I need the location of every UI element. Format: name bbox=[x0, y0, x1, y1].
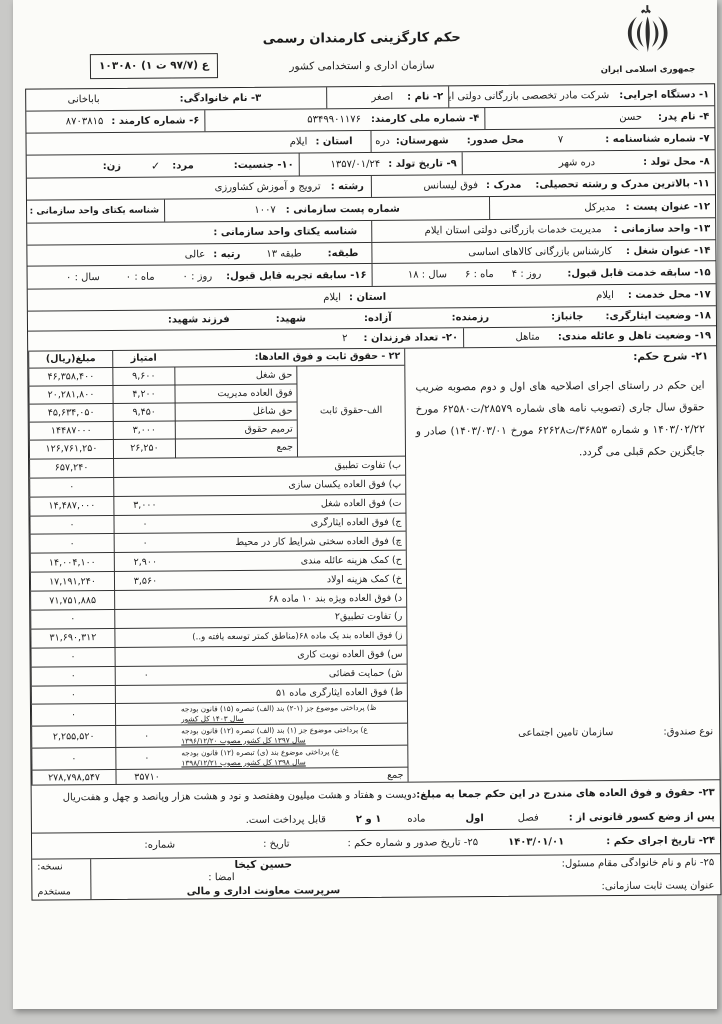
fee-amount: ۰ bbox=[30, 610, 114, 629]
male-checkmark-icon: ✓ bbox=[151, 159, 160, 172]
scanned-paper: جمهوری اسلامی ایران حکم کارگزینی کارمندا… bbox=[13, 0, 717, 1009]
fee-points bbox=[114, 628, 176, 646]
fee-points bbox=[115, 647, 177, 665]
org-unit-label: ۱۳- واحد سازمانی : bbox=[614, 223, 711, 235]
fee-label: ز) فوق العاده بند یک ماده ۶۸(مناطق کمتر … bbox=[176, 627, 406, 647]
first-name-value: اصغر bbox=[371, 92, 393, 103]
fee-amount: ۱۷,۱۹۱,۲۴۰ bbox=[30, 572, 114, 591]
fee-points: ۰ bbox=[115, 666, 177, 684]
birth-cert-no-label: ۷- شماره شناسنامه : bbox=[605, 133, 709, 145]
fee-points bbox=[115, 704, 177, 725]
employee-no-value: ۸۷۰۳۸۱۵ bbox=[66, 116, 104, 127]
fund-type-label: نوع صندوق: bbox=[663, 726, 713, 737]
birth-date-value: ۱۳۵۷/۰۱/۲۴ bbox=[330, 158, 380, 169]
birth-date-label: ۹- تاریخ تولد : bbox=[388, 158, 457, 170]
last-name-label: ۳- نام خانوادگی: bbox=[180, 93, 262, 105]
shahid-label: شهید: bbox=[276, 313, 306, 324]
row-total-amount: ۲۳- حقوق و فوق العاده های مندرج در این ح… bbox=[32, 780, 720, 833]
fund-type-value: سازمان تامین اجتماعی bbox=[518, 727, 613, 739]
janbaz-label: جانباز: bbox=[551, 311, 583, 322]
fee-points: ۰ bbox=[114, 534, 176, 552]
fee-amount: ۲۰,۲۸۱,۸۰۰ bbox=[28, 386, 112, 404]
article-label: ماده bbox=[407, 813, 425, 824]
veteran-status-label: ۱۸- وضعیت ایثارگری: bbox=[605, 310, 711, 322]
points-column-header: امتیاز bbox=[112, 350, 174, 366]
execution-date-label: ۲۴- تاریخ اجرای حکم : bbox=[606, 835, 715, 847]
fee-points: ۰ bbox=[113, 515, 175, 533]
major-label: رشته : bbox=[331, 181, 366, 192]
fee-points: ۰ bbox=[115, 726, 177, 747]
gender-female-label: زن: bbox=[103, 160, 121, 171]
rank-label: رتبه : bbox=[213, 248, 240, 259]
job-title-value: کارشناس بازرگانی کالاهای اساسی bbox=[468, 246, 612, 258]
fee-label: ح) کمک هزینه عائله مندی bbox=[176, 551, 406, 571]
agency-label: ۱- دستگاه اجرایی: bbox=[619, 89, 709, 101]
fee-label: خ) کمک هزینه اولاد bbox=[176, 570, 406, 590]
fee-label-line2: سال ۱۳۹۸ کل کشور مصوب ۱۳۹۸/۱۲/۲۱ bbox=[181, 757, 305, 767]
fee-points: ۲,۹۰۰ bbox=[114, 553, 176, 571]
fee-label-line2: سال ۱۳۹۷ کل کشور مصوب ۱۳۹۶/۱۲/۲۰ bbox=[181, 735, 305, 745]
service-history-label: ۱۵- سابقه خدمت قابل قبول: bbox=[567, 267, 710, 279]
fee-label: ترمیم حقوق bbox=[175, 420, 297, 438]
official-name-label: ۲۵- نام و نام خانوادگی مقام مسئول: bbox=[441, 857, 714, 870]
fee-amount: ۱۴,۰۰۴,۱۰۰ bbox=[30, 553, 114, 572]
fee-amount: ۰ bbox=[31, 686, 115, 705]
decree-description-label: ۲۱- شرح حکم: bbox=[405, 346, 716, 364]
fee-points: ۹,۴۵۰ bbox=[113, 403, 175, 420]
fee-row: ترمیم حقوق۳,۰۰۰۱۴۴۸۷۰۰۰ bbox=[29, 420, 297, 440]
fee-amount: ۰ bbox=[31, 704, 115, 726]
issue-province-label: استان : bbox=[315, 136, 352, 147]
fee-label-line2: سال ۱۴۰۳ کل کشور bbox=[181, 714, 244, 724]
fee-points: ۳,۰۰۰ bbox=[113, 496, 175, 514]
official-post-value: سرپرست معاونت اداری و مالی bbox=[91, 884, 435, 898]
fee-points: ۳,۵۶۰ bbox=[114, 572, 176, 590]
fee-amount: ۲,۲۵۵,۵۲۰ bbox=[31, 726, 115, 748]
service-months: ماه : ۶ bbox=[465, 268, 494, 279]
fee-total-row: جمع۳۵۷۱۰۲۷۸,۷۹۸,۵۴۷ bbox=[31, 768, 407, 785]
agency-value: شرکت مادر تخصصی بازرگانی دولتی ایران bbox=[448, 90, 609, 102]
job-title-label: ۱۴- عنوان شغل : bbox=[626, 245, 710, 257]
post-no-title: شماره پست سازمانی : bbox=[286, 203, 400, 215]
father-name-value: حسن bbox=[619, 112, 642, 123]
decree-text-panel: ۲۱- شرح حکم: این حکم در راستای اجرای اصل… bbox=[404, 346, 719, 781]
fee-points bbox=[114, 591, 176, 609]
issue-province-value: ایلام bbox=[290, 136, 308, 147]
fee-label: ظ) پرداختی موضوع جز (۱-۲) بند (الف) تبصر… bbox=[181, 703, 377, 714]
razmandeh-label: رزمنده: bbox=[452, 312, 490, 323]
post-title-label: ۱۲- عنوان پست : bbox=[626, 201, 711, 213]
fee-label: ج) فوق العاده ایثارگری bbox=[175, 513, 405, 533]
article-value: ۱ و ۲ bbox=[356, 813, 381, 824]
fee-row-small: ظ) پرداختی موضوع جز (۱-۲) بند (الف) تبصر… bbox=[31, 702, 407, 727]
fee-points bbox=[114, 610, 176, 628]
pension-fund-row: نوع صندوق: سازمان تامین اجتماعی bbox=[414, 726, 713, 739]
fee-row-subtotal: جمع۲۶,۲۵۰۱۲۶,۷۶۱,۲۵۰ bbox=[29, 438, 297, 458]
fee-label: د) فوق العاده ویژه بند ۱۰ ماده ۶۸ bbox=[176, 589, 406, 609]
group-label-cell: الف-حقوق ثابت bbox=[296, 366, 405, 457]
children-count-value: ۲ bbox=[342, 333, 347, 344]
birth-place-label: ۸- محل تولد : bbox=[643, 156, 710, 168]
fee-row: فوق العاده مدیریت۴,۲۰۰۲۰,۲۸۱,۸۰۰ bbox=[28, 384, 296, 404]
chapter-value: اول bbox=[465, 813, 483, 824]
degree-value: فوق لیسانس bbox=[423, 180, 478, 191]
issue-date-no-label: ۲۵- تاریخ صدور و شماره حکم : bbox=[347, 837, 478, 849]
fee-amount: ۴۶,۳۵۸,۴۰۰ bbox=[28, 368, 112, 386]
fee-total-amount: ۲۷۸,۷۹۸,۵۴۷ bbox=[31, 770, 115, 785]
row-signature: ۲۵- نام و نام خانوادگی مقام مسئول: عنوان… bbox=[32, 854, 720, 899]
official-post-label: عنوان پست ثابت سازمانی: bbox=[441, 880, 714, 893]
last-name-value: باباخانی bbox=[68, 94, 100, 105]
total-amount-label: ۲۳- حقوق و فوق العاده های مندرج در این ح… bbox=[416, 787, 715, 800]
payable-note: قابل پرداخت است. bbox=[246, 814, 326, 826]
fee-amount: ۱۴۴۸۷۰۰۰ bbox=[29, 422, 113, 440]
service-location-label: ۱۷- محل خدمت : bbox=[628, 289, 711, 301]
fee-amount: ۷۱,۷۵۱,۸۸۵ bbox=[30, 591, 114, 610]
unit-id-label-2: شناسه یکتای واحد سازمانی : bbox=[213, 226, 357, 238]
fee-amount: ۱۴,۴۸۷,۰۰۰ bbox=[29, 497, 113, 516]
fee-points: ۲۶,۲۵۰ bbox=[113, 439, 175, 457]
salary-table: ۲۲ - حقوق ثابت و فوق العادها: امتیاز مبل… bbox=[28, 349, 407, 785]
fee-amount: ۰ bbox=[29, 478, 113, 497]
decree-description-text: این حکم در راستای اجرای اصلاحیه های اول … bbox=[415, 374, 705, 464]
fee-label: حق شغل bbox=[174, 366, 296, 384]
fee-label: ر) تفاوت تطبیق۲ bbox=[176, 608, 406, 628]
fee-label: چ) فوق العاده سختی شرایط کار در محیط bbox=[176, 532, 406, 552]
fee-points: ۰ bbox=[115, 748, 177, 769]
class-value: طبقه ۱۳ bbox=[266, 248, 301, 259]
unit-id-label: شناسه یکتای واحد سازمانی : bbox=[30, 206, 160, 217]
personnel-decree-form: ۱- دستگاه اجرایی:شرکت مادر تخصصی بازرگان… bbox=[25, 83, 721, 900]
fee-points: ۹,۶۰۰ bbox=[112, 367, 174, 384]
post-no-label: ۱۰۰۷ bbox=[254, 204, 276, 215]
amount-column-header: مبلغ(ریال) bbox=[28, 351, 112, 368]
fee-row: حق شغل۹,۶۰۰۴۶,۳۵۸,۴۰۰ bbox=[28, 366, 296, 386]
middle-section: ۲۱- شرح حکم: این حکم در راستای اجرای اصل… bbox=[28, 346, 719, 785]
service-province-value: ایلام bbox=[323, 292, 341, 303]
execution-date-value: ۱۴۰۳/۰۱/۰۱ bbox=[508, 836, 564, 847]
children-count-label: ۲۰- تعداد فرزندان : bbox=[363, 332, 458, 344]
signature-label: امضا : bbox=[208, 872, 234, 883]
fee-amount: ۱۲۶,۷۶۱,۲۵۰ bbox=[29, 440, 113, 459]
fee-label: جمع bbox=[175, 438, 297, 457]
fee-label: ب) تفاوت تطبیق bbox=[175, 457, 405, 477]
experience-label: ۱۶- سابقه تجربه قابل قبول: bbox=[226, 269, 367, 281]
fee-row: حق شاغل۹,۴۵۰۴۵,۶۳۴,۰۵۰ bbox=[29, 402, 297, 422]
fee-label: حق شاغل bbox=[175, 402, 297, 420]
salary-header-label: ۲۲ - حقوق ثابت و فوق العادها: bbox=[174, 349, 404, 367]
service-years: سال : ۱۸ bbox=[408, 269, 447, 280]
marital-status-label: ۱۹- وضعیت تاهل و عائله مندی: bbox=[558, 330, 711, 342]
fee-amount: ۰ bbox=[31, 667, 115, 686]
gender-label: ۱۰- جنسیت: bbox=[234, 159, 294, 170]
education-label: ۱۱- بالاترین مدرک و رشته تحصیلی: bbox=[535, 178, 710, 190]
azadeh-label: آزاده: bbox=[364, 313, 392, 324]
fixed-salary-group: الف-حقوق ثابت حق شغل۹,۶۰۰۴۶,۳۵۸,۴۰۰ فوق … bbox=[28, 366, 405, 460]
experience-months: ماه : ۰ bbox=[126, 271, 155, 282]
copy-label: نسخه: bbox=[37, 861, 63, 872]
total-amount-words: دویست و هفتاد و هشت میلیون وهفتصد و نود … bbox=[81, 789, 417, 803]
issue-county-label: شهرستان: bbox=[396, 135, 449, 146]
father-name-label: ۴- نام پدر: bbox=[658, 111, 709, 122]
birth-place-value: دره شهر bbox=[559, 157, 595, 168]
fee-label: ش) حمایت قضائی bbox=[177, 664, 407, 684]
national-id-label: ۴- شماره ملی کارمند: bbox=[371, 113, 480, 125]
employee-no-label: ۶- شماره کارمند : bbox=[111, 115, 199, 127]
rank-value: عالی bbox=[185, 249, 205, 260]
fee-amount: ۶۵۷,۲۴۰ bbox=[29, 459, 113, 478]
fee-amount: ۰ bbox=[30, 534, 114, 553]
chapter-label: فصل bbox=[518, 812, 539, 823]
issue-no-label: شماره: bbox=[144, 840, 175, 851]
experience-years: سال : ۰ bbox=[66, 272, 100, 283]
fee-label: پ) فوق العاده یکسان سازی bbox=[175, 475, 405, 495]
fee-amount: ۴۵,۶۳۴,۰۵۰ bbox=[29, 404, 113, 422]
fee-row-small: ع) پرداختی موضوع جز (۱) بند (الف) تبصره … bbox=[31, 724, 407, 749]
fee-label: س) فوق العاده نوبت کاری bbox=[177, 645, 407, 665]
fee-points bbox=[113, 477, 175, 495]
fee-amount: ۰ bbox=[29, 516, 113, 535]
national-id-value: ۵۳۴۹۹۰۱۱۷۶ bbox=[307, 114, 361, 125]
marital-status-value: متاهل bbox=[515, 332, 539, 343]
form-code-box: ع (۹۷/۷ ت ۱) ۱۰۳۰۸۰ bbox=[90, 53, 218, 79]
fee-total-label: جمع bbox=[177, 768, 407, 784]
issue-place-label: محل صدور: bbox=[467, 135, 524, 146]
first-name-label: ۲- نام : bbox=[407, 91, 443, 102]
fee-amount: ۰ bbox=[31, 748, 115, 770]
issue-date-label: تاریخ : bbox=[263, 839, 290, 850]
rial-label: ریال bbox=[35, 792, 81, 803]
official-name-value: حسین کیخا bbox=[91, 857, 435, 872]
degree-label: مدرک : bbox=[486, 180, 522, 191]
fee-amount: ۰ bbox=[31, 648, 115, 667]
experience-days: روز : ۰ bbox=[182, 271, 212, 282]
fee-label: ت) فوق العاده شغل bbox=[175, 494, 405, 514]
org-unit-value: مدیریت خدمات بازرگانی دولتی استان ایلام bbox=[425, 224, 602, 236]
gender-male-label: مرد: bbox=[172, 160, 194, 171]
fee-label: فوق العاده مدیریت bbox=[174, 384, 296, 402]
farzand-shahid-label: فرزند شهید: bbox=[168, 314, 230, 325]
service-days: روز : ۴ bbox=[512, 268, 542, 279]
fee-points bbox=[113, 458, 175, 476]
major-value: ترویج و آموزش کشاورزی bbox=[215, 181, 321, 193]
fee-points bbox=[115, 685, 177, 703]
class-label: طبقه: bbox=[328, 248, 359, 259]
fee-label: ط) فوق العاده ایثارگری ماده ۵۱ bbox=[177, 683, 407, 703]
service-province-label: استان : bbox=[349, 292, 386, 303]
copy-value: مستخدم bbox=[37, 886, 71, 897]
post-title-value: مدیرکل bbox=[584, 202, 615, 213]
document-sheet: جمهوری اسلامی ایران حکم کارگزینی کارمندا… bbox=[9, 0, 721, 1012]
deductions-label: پس از وضع کسور قانونی از : bbox=[569, 811, 715, 823]
fee-row-small: غ) پرداختی موضوع بند (ی) تبصره (۱۲) قانو… bbox=[31, 746, 407, 771]
fee-amount: ۳۱,۶۹۰,۳۱۲ bbox=[30, 629, 114, 648]
fee-points: ۳,۰۰۰ bbox=[113, 421, 175, 438]
fee-total-points: ۳۵۷۱۰ bbox=[115, 770, 177, 784]
birth-cert-no-value: ۷ bbox=[558, 134, 563, 145]
fee-points: ۴,۲۰۰ bbox=[112, 385, 174, 402]
service-location-value: ایلام bbox=[596, 290, 614, 301]
issue-county-value: دره شهر bbox=[370, 136, 389, 147]
